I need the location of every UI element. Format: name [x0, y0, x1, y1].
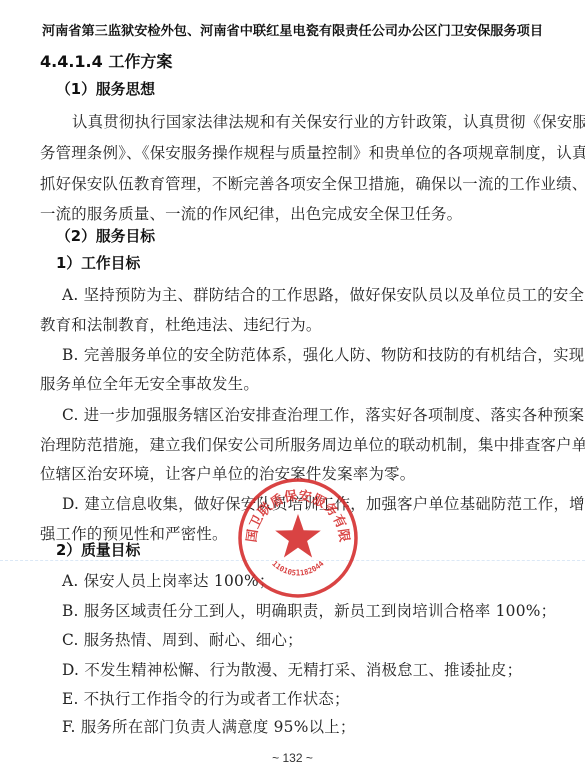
work-goal-item: B. 完善服务单位的安全防范体系，强化人防、物防和技防的有机结合，实现	[62, 345, 584, 365]
section-title: 4.4.1.4 工作方案	[40, 52, 172, 72]
star-icon	[275, 514, 321, 558]
paragraph-line: 认真贯彻执行国家法律法规和有关保安行业的方针政策，认真贯彻《保安服	[72, 112, 585, 132]
work-goal-item: 教育和法制教育，杜绝违法、违纪行为。	[40, 315, 322, 335]
quality-goal-item: E. 不执行工作指令的行为或者工作状态；	[62, 689, 350, 709]
seal-code: 1101051182044	[270, 559, 326, 578]
paragraph-line: 务管理条例》、《保安服务操作规程与质量控制》和贵单位的各项规章制度，认真	[40, 143, 585, 163]
work-goal-item: 位辖区治安环境，让客户单位的治安案件发案率为零。	[40, 464, 415, 484]
heading-quality-goals: 2）质量目标	[56, 541, 140, 561]
paragraph-line: 抓好保安队伍教育管理，不断完善各项安全保卫措施，确保以一流的工作业绩、	[40, 174, 585, 194]
running-header: 河南省第三监狱安检外包、河南省中联红星电瓷有限责任公司办公区门卫安保服务项目	[0, 22, 585, 42]
scan-artifact-line	[0, 560, 585, 561]
paragraph-line: 一流的服务质量、一流的作风纪律，出色完成安全保卫任务。	[40, 204, 462, 224]
svg-text:1101051182044: 1101051182044	[270, 559, 326, 578]
work-goal-item: C. 进一步加强服务辖区治安排查治理工作，落实好各项制度、落实各种预案	[62, 405, 584, 425]
work-goal-item: 治理防范措施，建立我们保安公司所服务周边单位的联动机制，集中排查客户单	[40, 435, 585, 455]
page-number: ~ 132 ~	[0, 748, 585, 768]
document-page: 河南省第三监狱安检外包、河南省中联红星电瓷有限责任公司办公区门卫安保服务项目 4…	[0, 0, 585, 769]
quality-goal-item: D. 不发生精神松懈、行为散漫、无精打采、消极怠工、推诿扯皮；	[62, 660, 522, 680]
heading-work-goals: 1）工作目标	[56, 254, 140, 274]
heading-service-philosophy: （1）服务思想	[56, 80, 155, 100]
quality-goal-item: B. 服务区域责任分工到人，明确职责，新员工到岗培训合格率 100%；	[62, 601, 556, 621]
quality-goal-item: F. 服务所在部门负责人满意度 95%以上；	[62, 717, 356, 737]
heading-service-goals: （2）服务目标	[56, 227, 155, 247]
work-goal-item: 服务单位全年无安全事故发生。	[40, 374, 259, 394]
work-goal-item: D. 建立信息收集，做好保安队员培训工作，加强客户单位基础防范工作，增	[62, 494, 585, 514]
work-goal-item: A. 坚持预防为主、群防结合的工作思路，做好保安队员以及单位员工的安全	[62, 285, 584, 305]
quality-goal-item: A. 保安人员上岗率达 100%；	[62, 571, 275, 591]
quality-goal-item: C. 服务热情、周到、耐心、细心；	[62, 630, 303, 650]
